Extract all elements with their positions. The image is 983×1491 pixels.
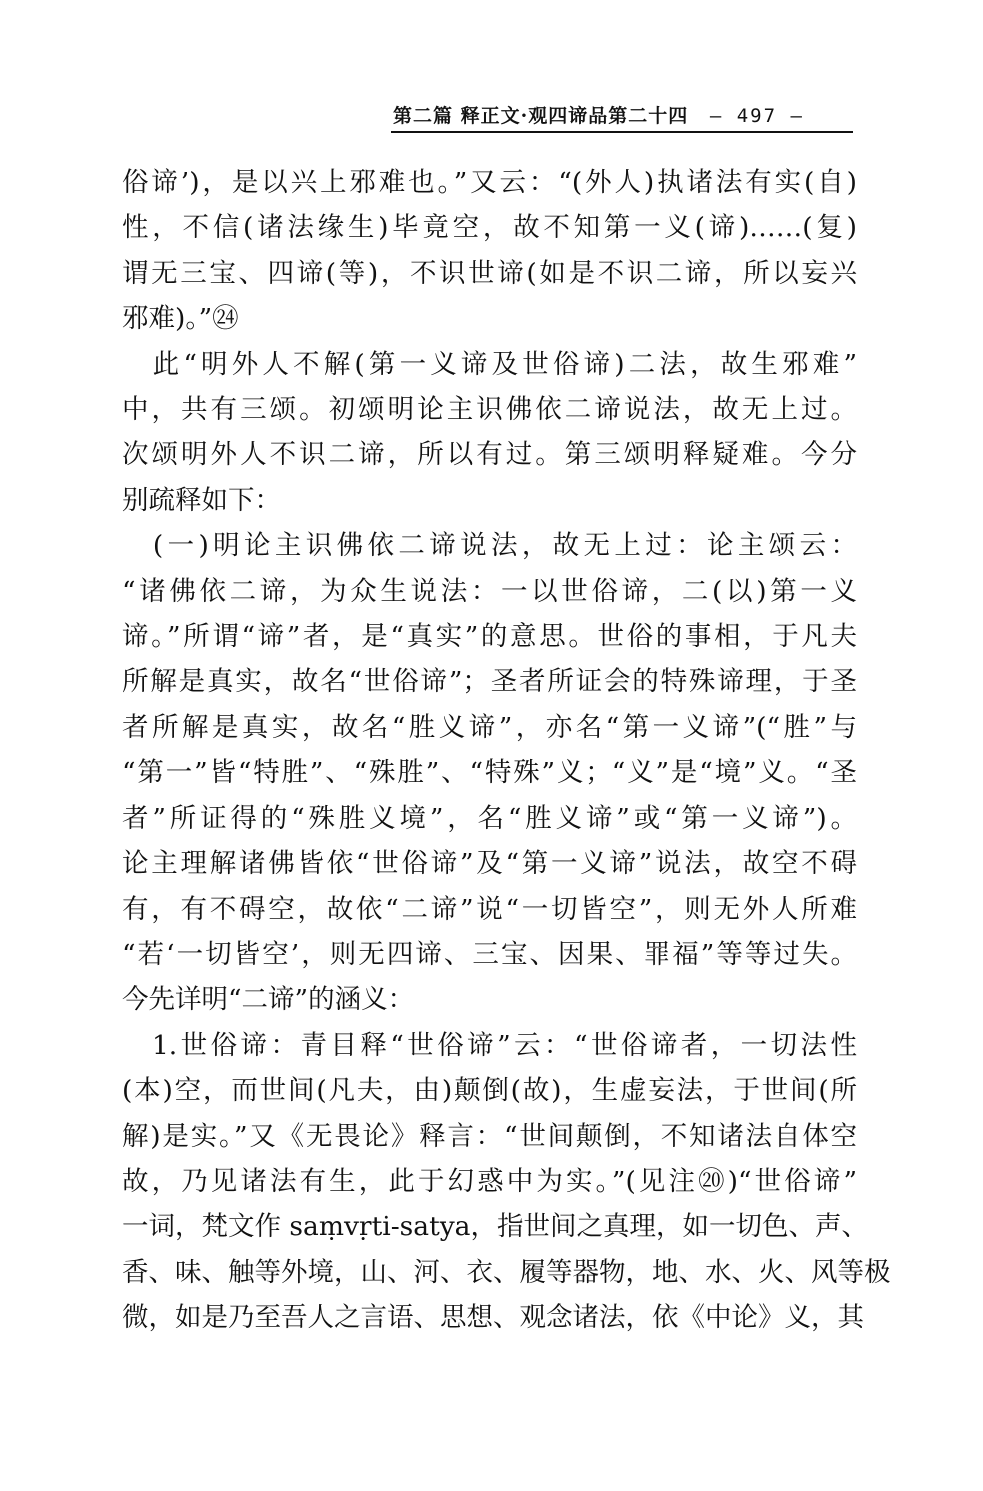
running-head-title: 第二篇 释正文·观四谛品第二十四: [393, 105, 688, 127]
text-line: 者所解是真实，故名“胜义谛”，亦名“第一义谛”(“胜”与: [122, 705, 857, 750]
text-line: 微，如是乃至吾人之言语、思想、观念诸法，依《中论》义，其: [122, 1295, 857, 1340]
text-line: 一词，梵文作 saṃvṛti-satya，指世间之真理，如一切色、声、: [122, 1204, 857, 1249]
subsection-heading-line: 1.世俗谛：青目释“世俗谛”云：“世俗谛者，一切法性: [122, 1023, 857, 1068]
page-number: — 497 —: [710, 105, 804, 127]
paragraph-start-line: 此“明外人不解(第一义谛及世俗谛)二法，故生邪难”: [122, 342, 857, 387]
text-line: 所解是真实，故名“世俗谛”；圣者所证会的特殊谛理，于圣: [122, 659, 857, 704]
text-line: 谛。”所谓“谛”者，是“真实”的意思。世俗的事相，于凡夫: [122, 614, 857, 659]
running-head: 第二篇 释正文·观四谛品第二十四 — 497 —: [393, 101, 853, 131]
text-line: 性，不信(诸法缘生)毕竟空，故不知第一义(谛)……(复): [122, 205, 857, 250]
text-line: 邪难)。”㉔: [122, 296, 857, 341]
text-line: “若‘一切皆空’，则无四谛、三宝、因果、罪福”等等过失。: [122, 932, 857, 977]
book-page: 第二篇 释正文·观四谛品第二十四 — 497 — 俗谛’)，是以兴上邪难也。”又…: [0, 0, 983, 1491]
text-line: 俗谛’)，是以兴上邪难也。”又云：“(外人)执诸法有实(自): [122, 160, 857, 205]
text-line: 今先详明“二谛”的涵义：: [122, 977, 857, 1022]
text-line: 论主理解诸佛皆依“世俗谛”及“第一义谛”说法，故空不碍: [122, 841, 857, 886]
text-line: 中，共有三颂。初颂明论主识佛依二谛说法，故无上过。: [122, 387, 857, 432]
text-line: 次颂明外人不识二谛，所以有过。第三颂明释疑难。今分: [122, 432, 857, 477]
text-line: 谓无三宝、四谛(等)，不识世谛(如是不识二谛，所以妄兴: [122, 251, 857, 296]
text-line: 者”所证得的“殊胜义境”，名“胜义谛”或“第一义谛”)。: [122, 796, 857, 841]
text-line: 别疏释如下：: [122, 478, 857, 523]
text-line: “第一”皆“特胜”、“殊胜”、“特殊”义；“义”是“境”义。“圣: [122, 750, 857, 795]
body-text: 俗谛’)，是以兴上邪难也。”又云：“(外人)执诸法有实(自) 性，不信(诸法缘生…: [122, 160, 857, 1341]
header-rule: [391, 131, 853, 133]
text-line: 香、味、触等外境，山、河、衣、履等器物，地、水、火、风等极: [122, 1250, 857, 1295]
text-line: “诸佛依二谛，为众生说法：一以世俗谛，二(以)第一义: [122, 569, 857, 614]
section-heading-line: (一)明论主识佛依二谛说法，故无上过：论主颂云：: [122, 523, 857, 568]
text-line: (本)空，而世间(凡夫，由)颠倒(故)，生虚妄法，于世间(所: [122, 1068, 857, 1113]
text-line: 有，有不碍空，故依“二谛”说“一切皆空”，则无外人所难: [122, 887, 857, 932]
text-line: 解)是实。”又《无畏论》释言：“世间颠倒，不知诸法自体空: [122, 1114, 857, 1159]
text-line: 故，乃见诸法有生，此于幻惑中为实。”(见注⑳)“世俗谛”: [122, 1159, 857, 1204]
